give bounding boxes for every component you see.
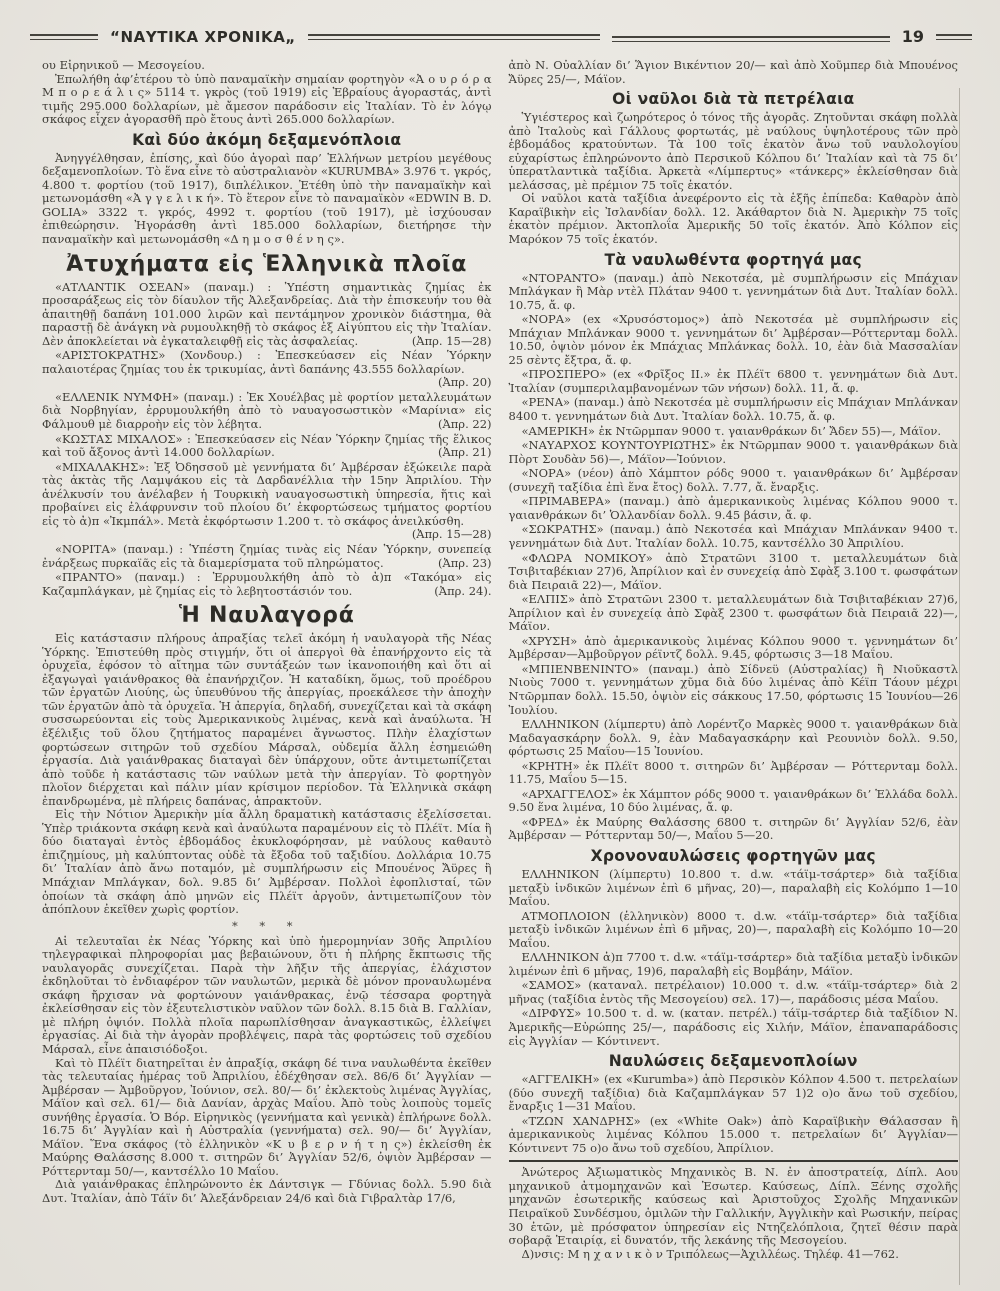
section-heading: Καὶ δύο ἀκόμη δεξαμενόπλοια	[42, 131, 492, 150]
body-text: «ΔΙΡΦΥΣ» 10.500 τ. d. w. (καταν. πετρέλ.…	[509, 1006, 959, 1047]
ship-report-entry: «ΑΓΓΕΛΙΚΗ» (ex «Kurumba») ἀπὸ Περσικὸν Κ…	[509, 1073, 959, 1114]
heading-text: Οἱ ναῦλοι διὰ τὰ πετρέλαια	[612, 90, 854, 108]
page-edge-line	[959, 88, 960, 1285]
body-text: «ΕΛΠΙΣ» ἀπὸ Στρατῶνι 2300 τ. μεταλλευμάτ…	[509, 592, 959, 633]
ship-report-entry: «ΚΩΣΤΑΣ ΜΙΧΑΛΟΣ» : Ἐπεσκεύασεν εἰς Νέαν …	[42, 433, 492, 460]
masthead-rule-middle	[308, 34, 600, 40]
heading-text: Χρονοναυλώσεις φορτηγῶν μας	[591, 847, 876, 865]
masthead-rule-left	[30, 34, 98, 40]
ship-report-entry: «ΑΜΕΡΙΚΗ» ἐκ Ντῶρμπαν 9000 τ. γαιανθράκω…	[509, 425, 959, 439]
body-text: «ΠΡΟΣΠΕΡΟ» (ex «Φρῖξος ΙΙ.» ἐκ Πλέϊτ 680…	[509, 367, 959, 395]
left-column: ου Εἰρηνικοῦ — Μεσογείου.Ἐπωλήθη ἀφ’ἑτέρ…	[42, 59, 492, 1261]
body-text: «ΝΟΡΑ» (νέον) ἀπὸ Χάμπτον ρόδς 9000 τ. γ…	[509, 466, 959, 494]
body-text: «ΦΛΩΡΑ ΝΟΜΙΚΟΥ» ἀπὸ Στρατῶνι 3100 τ. μετ…	[509, 551, 959, 592]
ship-report-entry: «ΠΡΟΣΠΕΡΟ» (ex «Φρῖξος ΙΙ.» ἐκ Πλέϊτ 680…	[509, 368, 959, 395]
ship-report-entry: «ΦΡΕΔ» ἐκ Μαύρης Θαλάσσης 6800 τ. σιτηρῶ…	[509, 816, 959, 843]
report-date: (Ἀπρ. 15—28)	[391, 528, 492, 542]
article-paragraph: Οἱ ναῦλοι κατὰ ταξίδια ἀνεφέροντο εἰς τὰ…	[509, 192, 959, 246]
publication-title: “ΝΑΥΤΙΚΑ ΧΡΟΝΙΚΑ„	[110, 28, 296, 46]
ship-report-entry: ΕΛΛΗΝΙΚΟΝ (λίμπερτυ) 10.800 τ. d.w. «τάϊ…	[509, 868, 959, 909]
ship-report-entry: «ΚΡΗΤΗ» ἐκ Πλέϊτ 8000 τ. σιτηρῶν δι’ Ἀμβ…	[509, 760, 959, 787]
ship-report-entry: «ΑΡΙΣΤΟΚΡΑΤΗΣ» (Χονδουρ.) : Ἐπεσκεύασεν …	[42, 349, 492, 390]
article-paragraph: Ἐπωλήθη ἀφ’ἑτέρου τὸ ὑπὸ παναμαϊκὴν σημα…	[42, 73, 492, 127]
report-date: (Ἀπρ. 20)	[417, 376, 492, 390]
ship-report-entry: «ΝΟΡΙΤΑ» (παναμ.) : Ὑπέστη ζημίας τινὰς …	[42, 543, 492, 570]
body-text: ΕΛΛΗΝΙΚΟΝ (λίμπερτυ) 10.800 τ. d.w. «τάϊ…	[509, 867, 959, 908]
section-heading: Χρονοναυλώσεις φορτηγῶν μας	[509, 847, 959, 866]
divider-rule	[509, 1160, 959, 1162]
body-text: Ἀνώτερος Ἀξιωματικὸς Μηχανικὸς Β. Ν. ἐν …	[509, 1165, 959, 1247]
article-paragraph: Εἰς κατάστασιν πλήρους ἀπραξίας τελεῖ ἀκ…	[42, 632, 492, 808]
body-text: ΑΤΜΟΠΛΟΙΟΝ (ἑλληνικὸν) 8000 τ. d.w. «τάϊ…	[509, 909, 959, 950]
section-heading-large: Ἡ Ναυλαγορά	[42, 603, 492, 629]
body-text: Οἱ ναῦλοι κατὰ ταξίδια ἀνεφέροντο εἰς τὰ…	[509, 191, 959, 246]
body-text: Αἱ τελευταῖαι ἐκ Νέας Ὑόρκης καὶ ὑπὸ ἡμε…	[42, 934, 492, 1056]
body-text: «ΠΡΙΜΑΒΕΡΑ» (παναμ.) ἀπὸ ἀμερικανικοὺς λ…	[509, 494, 959, 522]
ship-report-entry: «ΑΤΛΑΝΤΙΚ ΟΣΕΑΝ» (παναμ.) : Ὑπέστη σημαν…	[42, 281, 492, 349]
body-text: Εἰς κατάστασιν πλήρους ἀπραξίας τελεῖ ἀκ…	[42, 631, 492, 808]
ship-report-entry: «ΝΑΥΑΡΧΟΣ ΚΟΥΝΤΟΥΡΙΩΤΗΣ» ἐκ Ντῶρμπαν 900…	[509, 439, 959, 466]
body-text: ΕΛΛΗΝΙΚΟΝ ἀ)π 7700 τ. d.w. «τάϊμ-τσάρτερ…	[509, 950, 959, 978]
body-text: «ΜΙΧΑΛΑΚΗΣ»: Ἐξ Ὀδησσοῦ μὲ γεννήματα δι’…	[42, 460, 492, 528]
body-text: * * *	[232, 919, 302, 933]
body-text: «ΧΡΥΣΗ» ἀπὸ ἀμερικανικοὺς λιμένας Κόλπου…	[509, 634, 959, 662]
heading-text: Τὰ ναυλωθέντα φορτηγά μας	[605, 251, 862, 269]
body-text: «ΝΑΥΑΡΧΟΣ ΚΟΥΝΤΟΥΡΙΩΤΗΣ» ἐκ Ντῶρμπαν 900…	[509, 438, 959, 466]
body-text: Διὰ γαιάνθρακας ἐπληρώνοντο ἐκ Δάντσιγκ …	[42, 1177, 492, 1205]
ship-report-entry: «ΕΛΛΕΝΙΚ ΝΥΜΦΗ» (παναμ.) : Ἐκ Χουέλβας μ…	[42, 391, 492, 432]
body-text: Ἐπωλήθη ἀφ’ἑτέρου τὸ ὑπὸ παναμαϊκὴν σημα…	[42, 72, 492, 127]
section-heading-large: Ἀτυχήματα εἰς Ἑλληνικὰ πλοῖα	[42, 252, 492, 278]
ship-report-entry: «ΣΑΜΟΣ» (καταναλ. πετρέλαιον) 10.000 τ. …	[509, 979, 959, 1006]
body-text: Ὑγιέστερος καὶ ζωηρότερος ὁ τόνος τῆς ἀγ…	[509, 110, 959, 192]
body-text: «ΝΟΡΑ» (ex «Χρυσόστομος») ἀπὸ Νεκοτσέα μ…	[509, 312, 959, 367]
ship-report-entry: «ΝΤΟΡΑΝΤΟ» (παναμ.) ἀπὸ Νεκοτσέα, μὲ συμ…	[509, 272, 959, 313]
ship-report-entry: «ΝΟΡΑ» (ex «Χρυσόστομος») ἀπὸ Νεκοτσέα μ…	[509, 313, 959, 367]
body-text: «ΑΡΧΑΓΓΕΛΟΣ» ἐκ Χάμπτον ρόδς 9000 τ. γαι…	[509, 787, 959, 815]
ship-report-entry: «ΠΡΑΝΤΟ» (παναμ.) : Ἐρρυμουλκήθη ἀπὸ τὸ …	[42, 571, 492, 598]
body-text: ου Εἰρηνικοῦ — Μεσογείου.	[42, 58, 205, 72]
body-text: «ΡΕΝΑ» (παναμ.) ἀπὸ Νεκοτσέα μὲ συμπλήρω…	[509, 395, 959, 423]
ship-report-entry: «ΕΛΠΙΣ» ἀπὸ Στρατῶνι 2300 τ. μεταλλευμάτ…	[509, 593, 959, 634]
article-paragraph: Ἀνηγγέλθησαν, ἐπίσης, καὶ δύο ἀγοραὶ παρ…	[42, 152, 492, 247]
newspaper-page: “ΝΑΥΤΙΚΑ ΧΡΟΝΙΚΑ„ 19 ου Εἰρηνικοῦ — Μεσο…	[0, 0, 1000, 1291]
heading-text: Ναυλώσεις δεξαμενοπλοίων	[609, 1052, 858, 1070]
report-date: (Ἀπρ. 23)	[417, 557, 492, 571]
classified-ad-paragraph: Ἀνώτερος Ἀξιωματικὸς Μηχανικὸς Β. Ν. ἐν …	[509, 1166, 959, 1247]
body-text: «ΜΠΙΕΝΒΕΝΙΝΤΟ» (παναμ.) ἀπὸ Σίδνεϋ (Αὐστ…	[509, 662, 959, 717]
report-date: (Ἀπρ. 22)	[417, 418, 492, 432]
classified-ad-paragraph: Δ)νσις: Μ η χ α ν ι κ ὸ ν Τριπόλεως—Ἀχιλ…	[509, 1248, 959, 1262]
heading-text: Καὶ δύο ἀκόμη δεξαμενόπλοια	[132, 131, 401, 149]
report-date: (Ἀπρ. 24).	[413, 585, 491, 599]
report-date: (Ἀπρ. 21)	[417, 446, 492, 460]
ship-report-entry: «ΡΕΝΑ» (παναμ.) ἀπὸ Νεκοτσέα μὲ συμπλήρω…	[509, 396, 959, 423]
masthead-rule-middle-2	[612, 36, 890, 42]
section-heading: Οἱ ναῦλοι διὰ τὰ πετρέλαια	[509, 90, 959, 109]
page-number: 19	[902, 27, 924, 46]
body-text: «ΦΡΕΔ» ἐκ Μαύρης Θαλάσσης 6800 τ. σιτηρῶ…	[509, 815, 959, 843]
article-paragraph: Αἱ τελευταῖαι ἐκ Νέας Ὑόρκης καὶ ὑπὸ ἡμε…	[42, 935, 492, 1057]
article-paragraph: Εἰς τὴν Νότιον Ἀμερικὴν μία ἄλλη δραματι…	[42, 808, 492, 916]
ship-report-entry: «ΜΠΙΕΝΒΕΝΙΝΤΟ» (παναμ.) ἀπὸ Σίδνεϋ (Αὐστ…	[509, 663, 959, 717]
body-text: «ΑΓΓΕΛΙΚΗ» (ex «Kurumba») ἀπὸ Περσικὸν Κ…	[509, 1072, 959, 1113]
ship-report-entry: «ΠΡΙΜΑΒΕΡΑ» (παναμ.) ἀπὸ ἀμερικανικοὺς λ…	[509, 495, 959, 522]
ship-report-entry: «ΔΙΡΦΥΣ» 10.500 τ. d. w. (καταν. πετρέλ.…	[509, 1007, 959, 1048]
body-text: Εἰς τὴν Νότιον Ἀμερικὴν μία ἄλλη δραματι…	[42, 807, 492, 916]
ship-report-entry: «ΜΙΧΑΛΑΚΗΣ»: Ἐξ Ὀδησσοῦ μὲ γεννήματα δι’…	[42, 461, 492, 542]
masthead-rule-right	[936, 34, 972, 40]
body-text: «ΤΖΩΝ ΧΑΝΔΡΗΣ» (ex «White Oak») ἀπὸ Καρα…	[509, 1114, 959, 1155]
ship-report-entry: ΑΤΜΟΠΛΟΙΟΝ (ἑλληνικὸν) 8000 τ. d.w. «τάϊ…	[509, 910, 959, 951]
ship-report-entry: «ΧΡΥΣΗ» ἀπὸ ἀμερικανικοὺς λιμένας Κόλπου…	[509, 635, 959, 662]
heading-text: Ἡ Ναυλαγορά	[179, 603, 355, 628]
body-text: ΕΛΛΗΝΙΚΟΝ (λίμπερτυ) ἀπὸ Λορέντζο Μαρκὲς…	[509, 717, 959, 758]
body-text: Ἀνηγγέλθησαν, ἐπίσης, καὶ δύο ἀγοραὶ παρ…	[42, 151, 492, 246]
body-text: Καὶ τὸ Πλέϊτ διατηρεῖται ἐν ἀπραξίᾳ, σκά…	[42, 1056, 492, 1178]
article-paragraph: Διὰ γαιάνθρακας ἐπληρώνοντο ἐκ Δάντσιγκ …	[42, 1178, 492, 1205]
ship-report-entry: «ΣΩΚΡΑΤΗΣ» (παναμ.) ἀπὸ Νεκοτσέα καὶ Μπά…	[509, 523, 959, 550]
article-columns: ου Εἰρηνικοῦ — Μεσογείου.Ἐπωλήθη ἀφ’ἑτέρ…	[42, 59, 958, 1261]
heading-text: Ἀτυχήματα εἰς Ἑλληνικὰ πλοῖα	[66, 252, 467, 277]
ship-report-entry: «ΤΖΩΝ ΧΑΝΔΡΗΣ» (ex «White Oak») ἀπὸ Καρα…	[509, 1115, 959, 1156]
section-separator: * * *	[42, 920, 492, 933]
ship-report-entry: ΕΛΛΗΝΙΚΟΝ (λίμπερτυ) ἀπὸ Λορέντζο Μαρκὲς…	[509, 718, 959, 759]
masthead: “ΝΑΥΤΙΚΑ ΧΡΟΝΙΚΑ„ 19	[30, 27, 972, 46]
article-paragraph: Καὶ τὸ Πλέϊτ διατηρεῖται ἐν ἀπραξίᾳ, σκά…	[42, 1057, 492, 1179]
article-paragraph: ἀπὸ Ν. Οὐαλλίαν δι’ Ἅγιον Βικέντιον 20/—…	[509, 59, 959, 86]
ship-report-entry: ΕΛΛΗΝΙΚΟΝ ἀ)π 7700 τ. d.w. «τάϊμ-τσάρτερ…	[509, 951, 959, 978]
right-column: ἀπὸ Ν. Οὐαλλίαν δι’ Ἅγιον Βικέντιον 20/—…	[509, 59, 959, 1261]
section-heading: Ναυλώσεις δεξαμενοπλοίων	[509, 1052, 959, 1071]
ship-report-entry: «ΦΛΩΡΑ ΝΟΜΙΚΟΥ» ἀπὸ Στρατῶνι 3100 τ. μετ…	[509, 552, 959, 593]
body-text: Δ)νσις: Μ η χ α ν ι κ ὸ ν Τριπόλεως—Ἀχιλ…	[522, 1247, 899, 1261]
body-text: «ΣΩΚΡΑΤΗΣ» (παναμ.) ἀπὸ Νεκοτσέα καὶ Μπά…	[509, 522, 959, 550]
ship-report-entry: «ΑΡΧΑΓΓΕΛΟΣ» ἐκ Χάμπτον ρόδς 9000 τ. γαι…	[509, 788, 959, 815]
report-date: (Ἀπρ. 15—28)	[391, 335, 492, 349]
body-text: ἀπὸ Ν. Οὐαλλίαν δι’ Ἅγιον Βικέντιον 20/—…	[509, 58, 959, 86]
article-paragraph: Ὑγιέστερος καὶ ζωηρότερος ὁ τόνος τῆς ἀγ…	[509, 111, 959, 192]
body-text: «ΑΡΙΣΤΟΚΡΑΤΗΣ» (Χονδουρ.) : Ἐπεσκεύασεν …	[42, 348, 492, 376]
section-heading: Τὰ ναυλωθέντα φορτηγά μας	[509, 251, 959, 270]
body-text: «ΝΤΟΡΑΝΤΟ» (παναμ.) ἀπὸ Νεκοτσέα, μὲ συμ…	[509, 271, 959, 312]
body-text: «ΚΡΗΤΗ» ἐκ Πλέϊτ 8000 τ. σιτηρῶν δι’ Ἀμβ…	[509, 759, 959, 787]
article-paragraph: ου Εἰρηνικοῦ — Μεσογείου.	[42, 59, 492, 73]
body-text: «ΑΜΕΡΙΚΗ» ἐκ Ντῶρμπαν 9000 τ. γαιανθράκω…	[522, 424, 942, 438]
body-text: «ΣΑΜΟΣ» (καταναλ. πετρέλαιον) 10.000 τ. …	[509, 978, 959, 1006]
ship-report-entry: «ΝΟΡΑ» (νέον) ἀπὸ Χάμπτον ρόδς 9000 τ. γ…	[509, 467, 959, 494]
